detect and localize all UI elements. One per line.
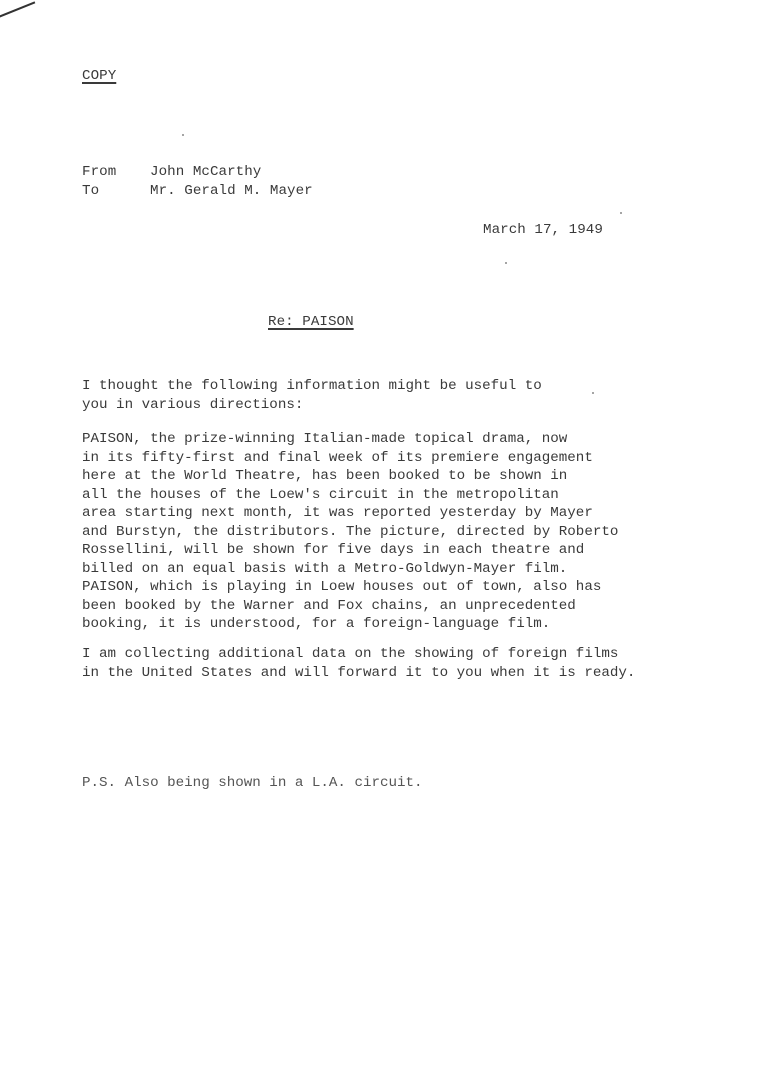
pen-mark	[0, 1, 35, 19]
paragraph-body: PAISON, the prize-winning Italian-made t…	[82, 430, 618, 634]
text-line: you in various directions:	[82, 396, 542, 415]
text-line: here at the World Theatre, has been book…	[82, 467, 618, 486]
postscript: P.S. Also being shown in a L.A. circuit.	[82, 775, 423, 791]
paper-speck	[620, 212, 622, 214]
text-line: billed on an equal basis with a Metro-Go…	[82, 560, 618, 579]
text-line: I thought the following information migh…	[82, 377, 542, 396]
memo-date: March 17, 1949	[483, 222, 603, 239]
text-line: and Burstyn, the distributors. The pictu…	[82, 523, 618, 542]
text-line: PAISON, which is playing in Loew houses …	[82, 578, 618, 597]
subject-line: Re: PAISON	[268, 314, 354, 331]
memo-page: COPY From John McCarthy To Mr. Gerald M.…	[0, 0, 768, 1080]
text-line: in the United States and will forward it…	[82, 664, 635, 683]
text-line: Rossellini, will be shown for five days …	[82, 541, 618, 560]
text-line: area starting next month, it was reporte…	[82, 504, 618, 523]
paper-speck	[182, 134, 184, 136]
copy-stamp: COPY	[82, 68, 116, 85]
from-value: John McCarthy	[150, 164, 261, 181]
paper-speck	[505, 262, 507, 264]
text-line: been booked by the Warner and Fox chains…	[82, 597, 618, 616]
to-value: Mr. Gerald M. Mayer	[150, 183, 313, 200]
paragraph-closing: I am collecting additional data on the s…	[82, 645, 635, 682]
paragraph-intro: I thought the following information migh…	[82, 377, 542, 414]
text-line: all the houses of the Loew's circuit in …	[82, 486, 618, 505]
text-line: booking, it is understood, for a foreign…	[82, 615, 618, 634]
from-label: From	[82, 164, 116, 181]
text-line: PAISON, the prize-winning Italian-made t…	[82, 430, 618, 449]
text-line: I am collecting additional data on the s…	[82, 645, 635, 664]
paper-speck	[592, 392, 594, 394]
to-label: To	[82, 183, 99, 200]
text-line: in its fifty-first and final week of its…	[82, 449, 618, 468]
